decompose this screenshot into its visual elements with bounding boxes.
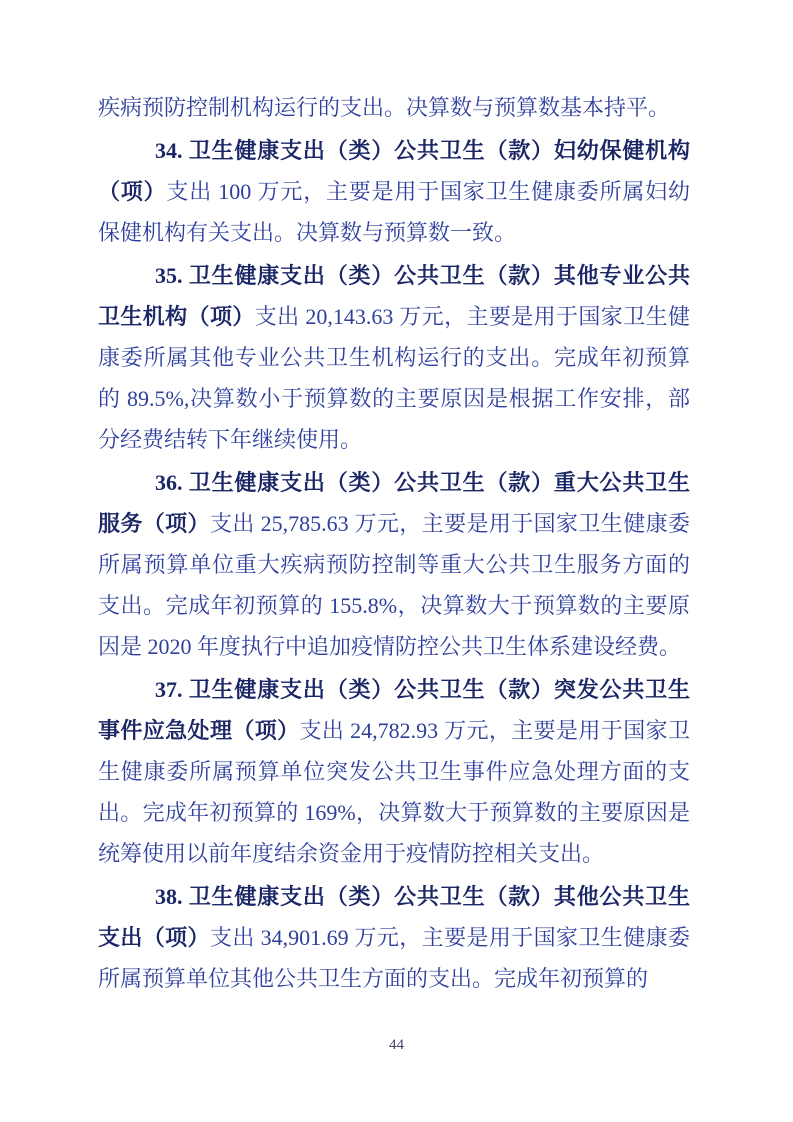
paragraph-text: 疾病预防控制机构运行的支出。决算数与预算数基本持平。	[98, 95, 670, 120]
page-number: 44	[0, 1036, 793, 1054]
paragraph-item-34: 34. 卫生健康支出（类）公共卫生（款）妇幼保健机构（项）支出 100 万元，主…	[98, 130, 690, 253]
paragraph-item-37: 37. 卫生健康支出（类）公共卫生（款）突发公共卫生事件应急处理（项）支出 24…	[98, 669, 690, 874]
paragraph-text: 支出 100 万元，主要是用于国家卫生健康委所属妇幼保健机构有关支出。决算数与预…	[98, 179, 690, 245]
paragraph-continuation: 疾病预防控制机构运行的支出。决算数与预算数基本持平。	[98, 87, 690, 128]
document-body: 疾病预防控制机构运行的支出。决算数与预算数基本持平。 34. 卫生健康支出（类）…	[98, 87, 690, 999]
paragraph-item-36: 36. 卫生健康支出（类）公共卫生（款）重大公共卫生服务（项）支出 25,785…	[98, 462, 690, 667]
document-page: 疾病预防控制机构运行的支出。决算数与预算数基本持平。 34. 卫生健康支出（类）…	[0, 0, 793, 1122]
paragraph-item-38: 38. 卫生健康支出（类）公共卫生（款）其他公共卫生支出（项）支出 34,901…	[98, 876, 690, 999]
paragraph-item-35: 35. 卫生健康支出（类）公共卫生（款）其他专业公共卫生机构（项）支出 20,1…	[98, 255, 690, 460]
